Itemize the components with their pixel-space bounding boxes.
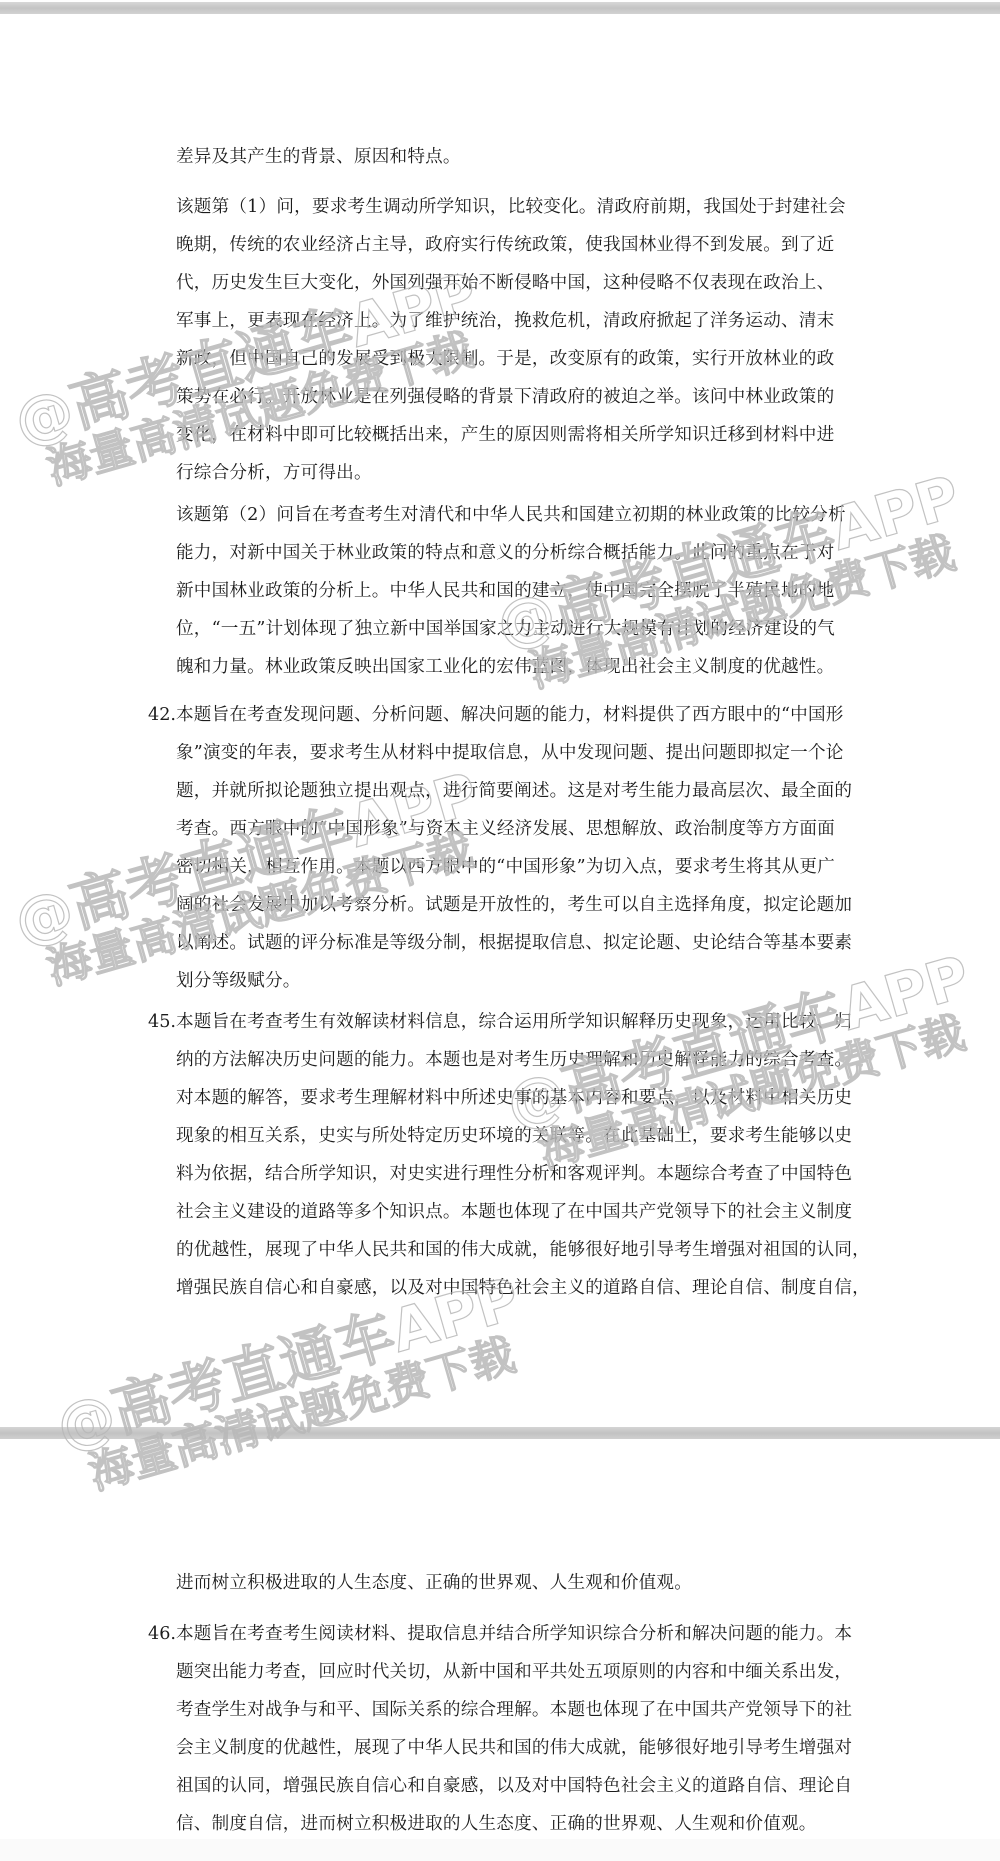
text-line: 新中国林业政策的分析上。中华人民共和国的建立，使中国完全摆脱了半殖民地的地 — [176, 572, 928, 610]
page-top-border — [0, 2, 1000, 14]
text-line: 料为依据，结合所学知识，对史实进行理性分析和客观评判。本题综合考查了中国特色 — [176, 1155, 928, 1193]
page-bottom-shade — [0, 1839, 1000, 1861]
text-line: 题，并就所拟论题独立提出观点，进行简要阐述。这是对考生能力最高层次、最全面的 — [176, 772, 928, 810]
text-line: 题突出能力考查，回应时代关切，从新中国和平共处五项原则的内容和中缅关系出发， — [176, 1653, 928, 1691]
text-line: 差异及其产生的背景、原因和特点。 — [176, 138, 928, 176]
text-line: 对本题的解答，要求考生理解材料中所述史事的基本内容和要点，以及材料中相关历史 — [176, 1079, 928, 1117]
text-line: 魄和力量。林业政策反映出国家工业化的宏伟蓝图，体现出社会主义制度的优越性。 — [176, 648, 928, 686]
question-45-tail-paragraph: 进而树立积极进取的人生态度、正确的世界观、人生观和价值观。 — [176, 1564, 928, 1602]
page-separator — [0, 1427, 1000, 1439]
text-line: 代，历史发生巨大变化，外国列强开始不断侵略中国，这种侵略不仅表现在政治上、 — [176, 264, 928, 302]
question-number-42: 42. — [148, 696, 178, 734]
text-line: 以阐述。试题的评分标准是等级分制，根据提取信息、拟定论题、史论结合等基本要素 — [176, 924, 928, 962]
text-line: 考查。西方眼中的“中国形象”与资本主义经济发展、思想解放、政治制度等方方面面 — [176, 810, 928, 848]
text-line: 变化，在材料中即可比较概括出来，产生的原因则需将相关所学知识迁移到材料中进 — [176, 416, 928, 454]
question-2-analysis-paragraph: 该题第（2）问旨在考查考生对清代和中华人民共和国建立初期的林业政策的比较分析 能… — [176, 496, 928, 686]
text-line: 纳的方法解决历史问题的能力。本题也是对考生历史理解和历史解释能力的综合考查。 — [176, 1041, 928, 1079]
text-line: 密切相关，相互作用。本题以西方眼中的“中国形象”为切入点，要求考生将其从更广 — [176, 848, 928, 886]
text-line: 军事上，更表现在经济上。为了维护统治，挽救危机，清政府掀起了洋务运动、清末 — [176, 302, 928, 340]
text-line: 能力，对新中国关于林业政策的特点和意义的分析综合概括能力。此问的重点在于对 — [176, 534, 928, 572]
text-line: 增强民族自信心和自豪感，以及对中国特色社会主义的道路自信、理论自信、制度自信， — [176, 1269, 928, 1307]
text-line: 策势在必行。开放林业是在列强侵略的背景下清政府的被迫之举。该问中林业政策的 — [176, 378, 928, 416]
text-line: 行综合分析，方可得出。 — [176, 454, 928, 492]
text-line: 现象的相互关系，史实与所处特定历史环境的关联等。在此基础上，要求考生能够以史 — [176, 1117, 928, 1155]
question-45-analysis: 本题旨在考查考生有效解读材料信息，综合运用所学知识解释历史现象，运用比较、归 纳… — [176, 1003, 928, 1307]
text-line: 阔的社会发展中加以考察分析。试题是开放性的，考生可以自主选择角度，拟定论题加 — [176, 886, 928, 924]
intro-tail-paragraph: 差异及其产生的背景、原因和特点。 — [176, 138, 928, 176]
text-line: 信、制度自信，进而树立积极进取的人生态度、正确的世界观、人生观和价值观。 — [176, 1805, 928, 1843]
text-line: 的优越性，展现了中华人民共和国的伟大成就，能够很好地引导考生增强对祖国的认同， — [176, 1231, 928, 1269]
question-number-45: 45. — [148, 1003, 178, 1041]
text-line: 社会主义建设的道路等多个知识点。本题也体现了在中国共产党领导下的社会主义制度 — [176, 1193, 928, 1231]
text-line: 考查学生对战争与和平、国际关系的综合理解。本题也体现了在中国共产党领导下的社 — [176, 1691, 928, 1729]
text-line: 晚期，传统的农业经济占主导，政府实行传统政策，使我国林业得不到发展。到了近 — [176, 226, 928, 264]
text-line: 划分等级赋分。 — [176, 962, 928, 1000]
text-line: 新政，但中国自己的发展受到极大限制。于是，改变原有的政策，实行开放林业的政 — [176, 340, 928, 378]
question-1-analysis-paragraph: 该题第（1）问，要求考生调动所学知识，比较变化。清政府前期，我国处于封建社会 晚… — [176, 188, 928, 492]
question-46-analysis: 本题旨在考查考生阅读材料、提取信息并结合所学知识综合分析和解决问题的能力。本 题… — [176, 1615, 928, 1843]
text-line: 该题第（1）问，要求考生调动所学知识，比较变化。清政府前期，我国处于封建社会 — [176, 188, 928, 226]
question-42-analysis: 本题旨在考查发现问题、分析问题、解决问题的能力，材料提供了西方眼中的“中国形 象… — [176, 696, 928, 1000]
text-line: 本题旨在考查考生阅读材料、提取信息并结合所学知识综合分析和解决问题的能力。本 — [176, 1615, 928, 1653]
text-line: 该题第（2）问旨在考查考生对清代和中华人民共和国建立初期的林业政策的比较分析 — [176, 496, 928, 534]
text-line: 进而树立积极进取的人生态度、正确的世界观、人生观和价值观。 — [176, 1564, 928, 1602]
text-line: 象”演变的年表，要求考生从材料中提取信息，从中发现问题、提出问题即拟定一个论 — [176, 734, 928, 772]
text-line: 会主义制度的优越性，展现了中华人民共和国的伟大成就，能够很好地引导考生增强对 — [176, 1729, 928, 1767]
question-number-46: 46. — [148, 1615, 178, 1653]
text-line: 本题旨在考查考生有效解读材料信息，综合运用所学知识解释历史现象，运用比较、归 — [176, 1003, 928, 1041]
text-line: 本题旨在考查发现问题、分析问题、解决问题的能力，材料提供了西方眼中的“中国形 — [176, 696, 928, 734]
text-line: 祖国的认同，增强民族自信心和自豪感，以及对中国特色社会主义的道路自信、理论自 — [176, 1767, 928, 1805]
text-line: 位，“一五”计划体现了独立新中国举国家之力主动进行大规模有计划的经济建设的气 — [176, 610, 928, 648]
